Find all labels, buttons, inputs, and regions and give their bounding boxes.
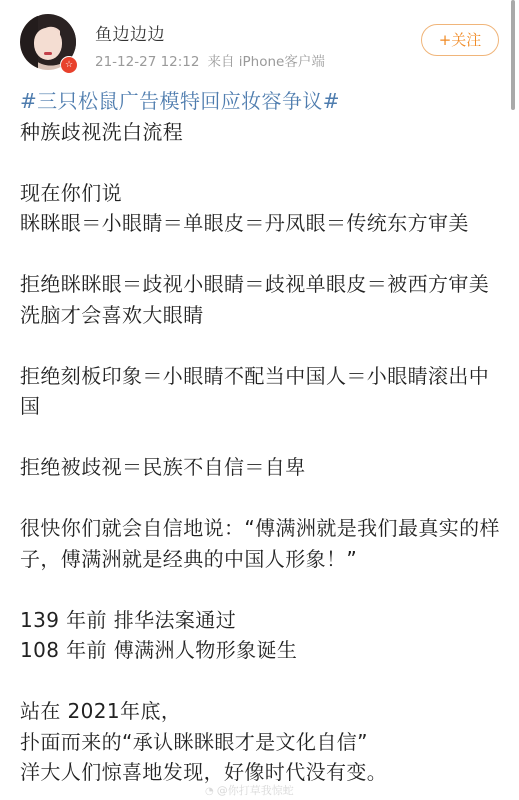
follow-button[interactable]: +关注 (421, 24, 499, 56)
post-meta: 21-12-27 12:12来自 iPhone客户端 (95, 50, 325, 70)
avatar-face (34, 28, 62, 60)
paragraph-line: 现在你们说 (20, 178, 500, 209)
spacer (20, 147, 500, 178)
paragraph-line: 拒绝眯眯眼＝歧视小眼睛＝歧视单眼皮＝被西方审美洗脑才会喜欢大眼睛 (20, 269, 500, 330)
paragraph-title: 种族歧视洗白流程 (20, 117, 500, 148)
spacer (20, 574, 500, 605)
spacer (20, 483, 500, 514)
paragraph-line: 很快你们就会自信地说：“傅满洲就是我们最真实的样子，傅满洲就是经典的中国人形象！… (20, 513, 500, 574)
hashtag-link[interactable]: #三只松鼠广告模特回应妆容争议# (20, 86, 500, 117)
paragraph-line: 拒绝刻板印象＝小眼睛不配当中国人＝小眼睛滚出中国 (20, 361, 500, 422)
spacer (20, 422, 500, 453)
paragraph-line: 扑面而来的“承认眯眯眼才是文化自信” (20, 727, 500, 758)
watermark: ◔@你打草我惊蛇 (205, 782, 294, 798)
scrollbar[interactable] (511, 0, 515, 110)
paragraph-line: 拒绝被歧视＝民族不自信＝自卑 (20, 452, 500, 483)
weibo-logo-icon: ◔ (205, 786, 214, 797)
watermark-text: @你打草我惊蛇 (217, 784, 294, 797)
post-body: #三只松鼠广告模特回应妆容争议# 种族歧视洗白流程 现在你们说 眯眯眼＝小眼睛＝… (20, 86, 500, 788)
spacer (20, 666, 500, 697)
verified-badge-icon: ☆ (60, 56, 78, 74)
paragraph-line: 站在 2021年底， (20, 696, 500, 727)
spacer (20, 239, 500, 270)
avatar-lips (44, 52, 52, 55)
post-timestamp: 21-12-27 12:12 (95, 54, 199, 70)
spacer (20, 330, 500, 361)
paragraph-line: 眯眯眼＝小眼睛＝单眼皮＝丹凤眼＝传统东方审美 (20, 208, 500, 239)
post-header: ☆ 鱼边边边 21-12-27 12:12来自 iPhone客户端 +关注 (0, 0, 519, 85)
post-source: 来自 iPhone客户端 (207, 54, 324, 70)
author-name[interactable]: 鱼边边边 (95, 20, 165, 45)
paragraph-line: 108 年前 傅满洲人物形象诞生 (20, 635, 500, 666)
paragraph-line: 139 年前 排华法案通过 (20, 605, 500, 636)
